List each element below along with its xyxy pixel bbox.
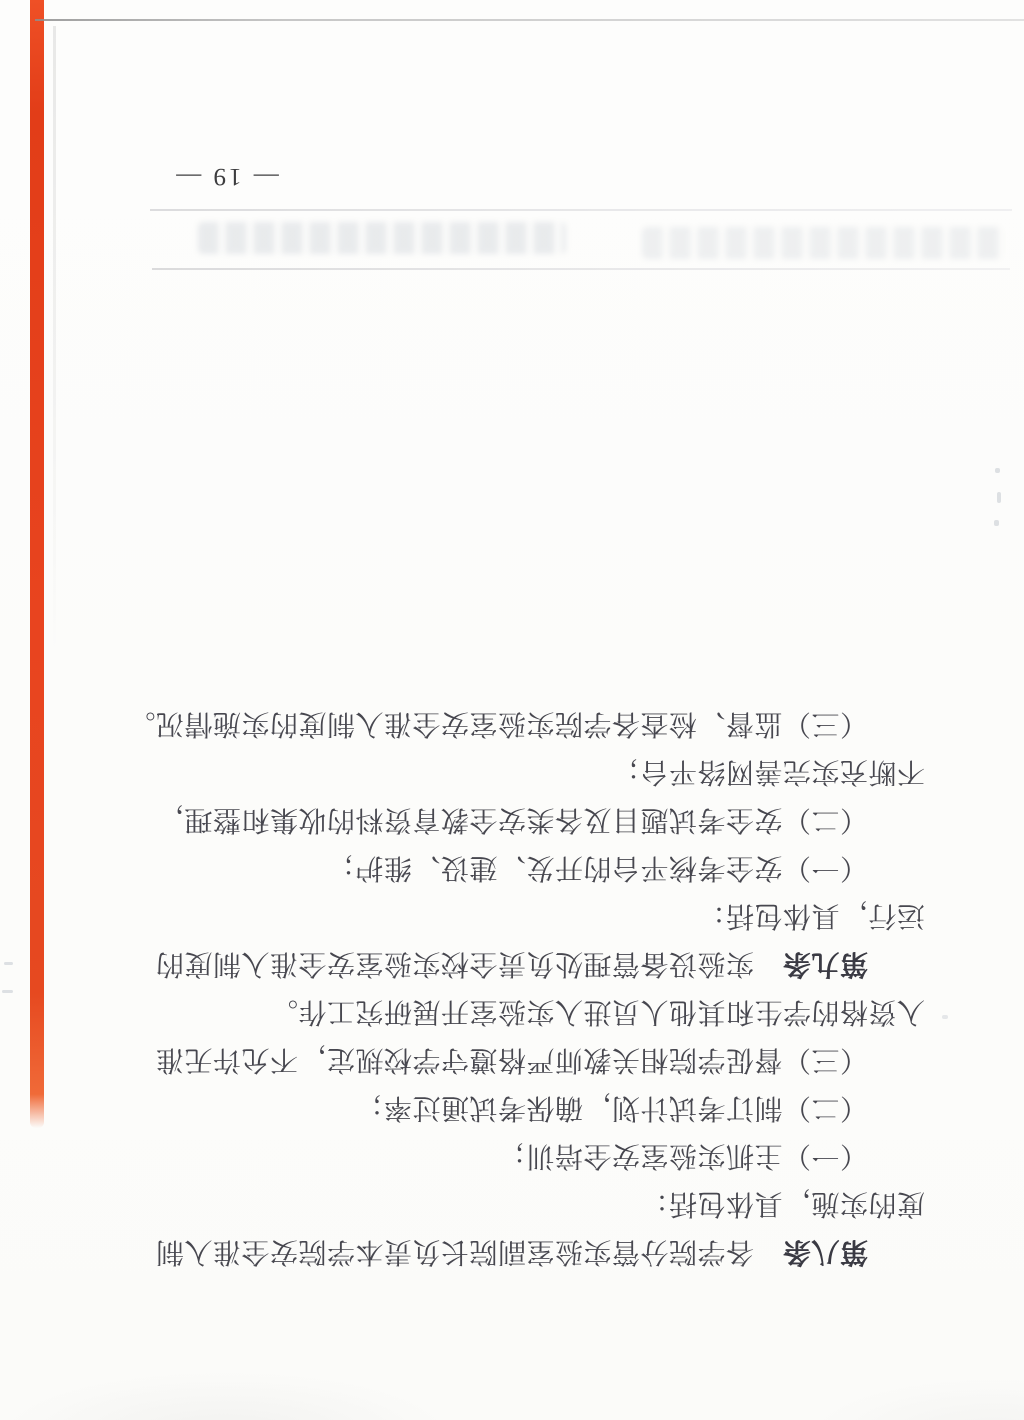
line-text: （一）安全考核平台的开发、建设、维护； [326, 852, 868, 885]
line-text: （三）监督、检查各学院实验室安全准入制度的实施情况。 [127, 708, 868, 741]
text-line: 度的实施，具体包括： [170, 1180, 925, 1228]
bleed-through-text-left [198, 222, 566, 254]
text-line: 入资格的学生和其他人员进入实验室开展研究工作。 [170, 988, 925, 1036]
text-line: （一）安全考核平台的开发、建设、维护； [170, 844, 925, 892]
bleed-through-rule-upper [150, 209, 1012, 211]
line-text: 实验设备管理处负责全校实验室安全准入制度的 [155, 948, 782, 981]
line-text: 度的实施，具体包括： [640, 1188, 925, 1221]
document-text-block: 第八条 各学院分管实验室副院长负责本学院安全准入制 度的实施，具体包括： （一）… [170, 700, 925, 1276]
scan-speck [997, 492, 1001, 503]
text-line: 第九条 实验设备管理处负责全校实验室安全准入制度的 [170, 940, 925, 988]
scanned-document-page: — 19 — 第八条 各学院分管实验室副院长负责本学院安全准入制 度的实施，具体… [0, 0, 1024, 1420]
text-line: （三）督促学院相关教师严格遵守学校规定，不允许无准 [170, 1036, 925, 1084]
text-line: （三）监督、检查各学院实验室安全准入制度的实施情况。 [170, 700, 925, 748]
line-text: 入资格的学生和其他人员进入实验室开展研究工作。 [269, 996, 925, 1029]
page-number: — 19 — [168, 154, 284, 198]
bleed-through-rule-lower [152, 268, 1010, 270]
text-line: 运行，具体包括： [170, 892, 925, 940]
text-line: 第八条 各学院分管实验室副院长负责本学院安全准入制 [170, 1228, 925, 1276]
text-line: （一）主抓实验室安全培训； [170, 1132, 925, 1180]
text-line: （二）安全考试题目及各类安全教育资料的收集和整理， [170, 796, 925, 844]
line-text: 不断充实完善网络平台； [611, 756, 925, 789]
text-line: （二）制订考试计划，确保考试通过率； [170, 1084, 925, 1132]
line-text: 运行，具体包括： [697, 900, 925, 933]
scan-speck [994, 520, 999, 526]
scan-speck [4, 962, 13, 965]
scan-color-stripe [30, 0, 44, 1128]
line-text: （一）主抓实验室安全培训； [497, 1140, 868, 1173]
scan-speck [995, 468, 1000, 473]
line-text: （二）安全考试题目及各类安全教育资料的收集和整理， [155, 804, 868, 837]
text-line: 不断充实完善网络平台； [170, 748, 925, 796]
line-text: 各学院分管实验室副院长负责本学院安全准入制 [155, 1236, 782, 1269]
scan-speck [2, 990, 13, 993]
line-text: （二）制订考试计划，确保考试通过率； [355, 1092, 868, 1125]
bleed-through-text-right [642, 227, 1004, 259]
line-text: （三）督促学院相关教师严格遵守学校规定，不允许无准 [155, 1044, 868, 1077]
article-number: 第八条 [782, 1236, 868, 1269]
paper-crease-line [53, 26, 56, 666]
top-edge-rule [35, 19, 1024, 21]
scan-speck [942, 1015, 948, 1019]
article-number: 第九条 [782, 948, 868, 981]
